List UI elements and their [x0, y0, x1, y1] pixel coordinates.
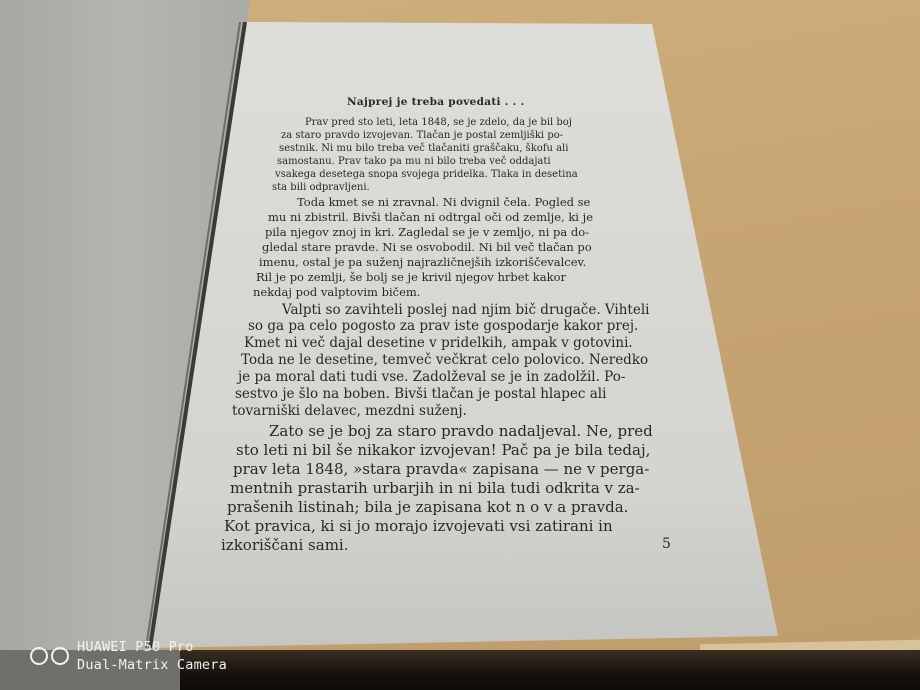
text-line: Ril je po zemlji, še bolj se je krivil n… — [256, 270, 566, 284]
chapter-heading: Najprej je treba povedati . . . — [347, 96, 525, 108]
text-line: samostanu. Prav tako pa mu ni bilo treba… — [277, 156, 551, 167]
text-line: prašenih listinah; bila je zapisana kot … — [227, 498, 628, 516]
text-line: sto leti ni bil še nikakor izvojevan! Pa… — [236, 441, 650, 459]
text-line: gledal stare pravde. Ni se osvobodil. Ni… — [262, 240, 592, 254]
text-line: je pa moral dati tudi vse. Zadolževal se… — [238, 369, 625, 385]
text-line: so ga pa celo pogosto za prav iste gospo… — [248, 318, 638, 334]
text-line: pila njegov znoj in kri. Zagledal se je … — [265, 225, 589, 239]
watermark-text: HUAWEI P50 Pro Dual-Matrix Camera — [77, 638, 227, 674]
watermark-line-2: Dual-Matrix Camera — [77, 656, 227, 674]
text-line: Toda ne le desetine, temveč večkrat celo… — [241, 352, 648, 368]
text-line: Valpti so zavihteli poslej nad njim bič … — [282, 302, 650, 318]
text-line: sta bili odpravljeni. — [272, 182, 370, 193]
page-text: Najprej je treba povedati . . . Prav pre… — [0, 0, 920, 690]
text-line: prav leta 1848, »stara pravda« zapisana … — [233, 460, 649, 478]
text-line: Kmet ni več dajal desetine v pridelkih, … — [244, 335, 633, 351]
text-line: tovarniški delavec, mezdni suženj. — [232, 403, 467, 419]
dual-circle-camera-logo-icon — [30, 647, 69, 665]
camera-watermark: HUAWEI P50 Pro Dual-Matrix Camera — [30, 638, 227, 674]
text-line: vsakega desetega snopa svojega pridelka.… — [275, 169, 578, 180]
text-line: Zato se je boj za staro pravdo nadaljeva… — [269, 422, 653, 440]
text-line: mu ni zbistril. Bivši tlačan ni odtrgal … — [268, 210, 593, 224]
text-line: imenu, ostal je pa suženj najrazličnejši… — [259, 255, 586, 269]
text-line: izkoriščani sami. — [221, 536, 349, 554]
text-line: nekdaj pod valptovim bičem. — [253, 285, 420, 299]
text-line: mentnih prastarih urbarjih in ni bila tu… — [230, 479, 640, 497]
text-line: Prav pred sto leti, leta 1848, se je zde… — [305, 117, 572, 128]
watermark-line-1: HUAWEI P50 Pro — [77, 638, 227, 656]
text-line: sestnik. Ni mu bilo treba več tlačaniti … — [279, 143, 568, 154]
text-line: za staro pravdo izvojevan. Tlačan je pos… — [281, 130, 563, 141]
text-line: Toda kmet se ni zravnal. Ni dvignil čela… — [297, 195, 590, 209]
page-number: 5 — [662, 536, 671, 552]
text-line: sestvo je šlo na boben. Bivši tlačan je … — [235, 386, 606, 402]
text-line: Kot pravica, ki si jo morajo izvojevati … — [224, 517, 613, 535]
